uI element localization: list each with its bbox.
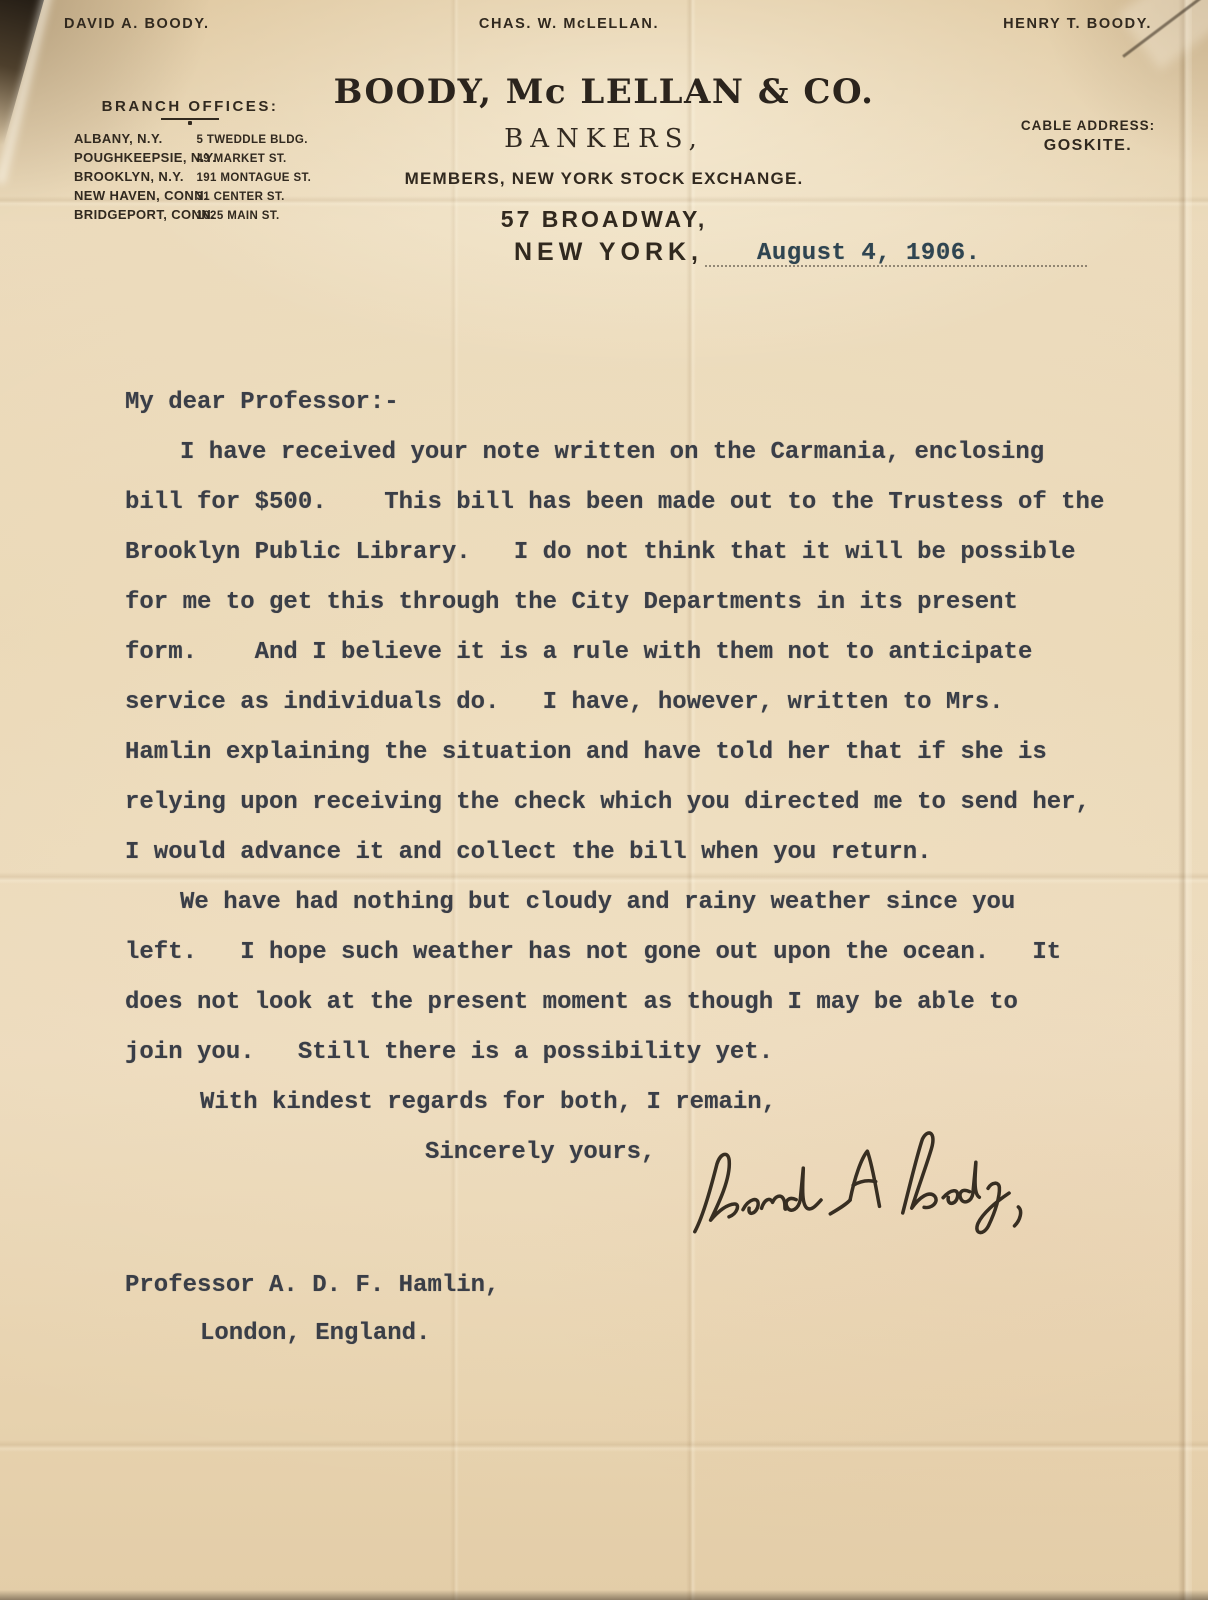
firm-membership: MEMBERS, NEW YORK STOCK EXCHANGE. [0, 169, 1208, 189]
typed-line: I have received your note written on the… [180, 428, 1125, 478]
letter-sheet: DAVID A. BOODY. CHAS. W. McLELLAN. HENRY… [0, 0, 1208, 1600]
branch-address: 31 CENTER ST. [196, 191, 284, 203]
typed-line: join you. Still there is a possibility y… [125, 1028, 1125, 1078]
typed-line: form. And I believe it is a rule with th… [125, 628, 1125, 678]
dotted-date-rule: August 4, 1906. [705, 243, 1087, 267]
branch-address: 49 MARKET ST. [196, 153, 286, 165]
branch-offices-rule [161, 118, 219, 120]
typed-line: does not look at the present moment as t… [125, 978, 1125, 1028]
right-edge-fold [1178, 0, 1192, 1600]
salutation: My dear Professor:- [125, 378, 1125, 428]
typed-line: I would advance it and collect the bill … [125, 828, 1125, 878]
typed-line: for me to get this through the City Depa… [125, 578, 1125, 628]
partners-row: DAVID A. BOODY. CHAS. W. McLELLAN. HENRY… [0, 16, 1208, 38]
recipient-block: Professor A. D. F. Hamlin, London, Engla… [125, 1262, 499, 1358]
branch-office-row: NEW HAVEN, CONN. 31 CENTER ST. [74, 187, 306, 206]
partner-name-right: HENRY T. BOODY. [1003, 16, 1152, 32]
bottom-edge-shadow [0, 1590, 1208, 1600]
typed-line: relying upon receiving the check which y… [125, 778, 1125, 828]
horizontal-crease [0, 1440, 1208, 1452]
typed-line: We have had nothing but cloudy and rainy… [180, 878, 1125, 928]
typed-line: bill for $500. This bill has been made o… [125, 478, 1125, 528]
city-name: NEW YORK, [514, 238, 703, 267]
typed-line: Hamlin explaining the situation and have… [125, 728, 1125, 778]
cable-address-label: CABLE ADDRESS: [1008, 118, 1168, 133]
typed-date: August 4, 1906. [757, 240, 981, 267]
cable-address-block: CABLE ADDRESS: GOSKITE. [1008, 118, 1168, 155]
recipient-address: London, England. [200, 1310, 499, 1358]
date-line: NEW YORK, August 4, 1906. [514, 238, 1087, 267]
signature-david-a-boody [684, 1113, 1064, 1261]
typed-line: left. I hope such weather has not gone o… [125, 928, 1125, 978]
partner-name-center: CHAS. W. McLELLAN. [0, 16, 1138, 32]
firm-name: BOODY, Mc LELLAN & CO. [0, 72, 1208, 112]
street-address: 57 BROADWAY, [0, 206, 1208, 233]
cable-address-value: GOSKITE. [1008, 137, 1168, 155]
recipient-name: Professor A. D. F. Hamlin, [125, 1262, 499, 1310]
typed-line: service as individuals do. I have, howev… [125, 678, 1125, 728]
letter-body: My dear Professor:- I have received your… [125, 378, 1125, 1178]
typed-line: Brooklyn Public Library. I do not think … [125, 528, 1125, 578]
branch-city: NEW HAVEN, CONN. [74, 188, 192, 203]
